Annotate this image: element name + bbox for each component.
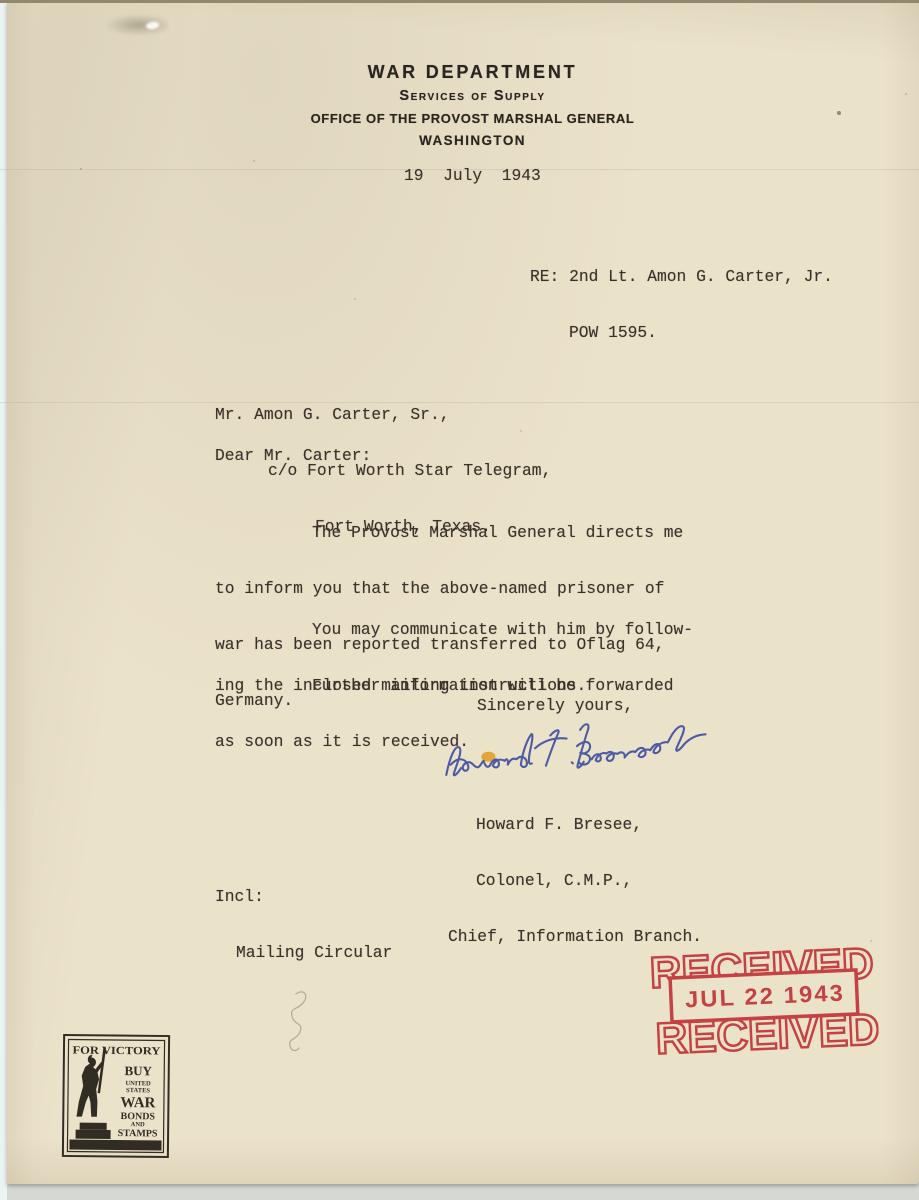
signer-rank: Colonel, C.M.P.,: [476, 872, 702, 891]
letterhead-service: Services of Supply: [13, 88, 919, 104]
slogan-line: WAR: [120, 1095, 155, 1111]
paper-specks: [0, 0, 2, 2]
reference-subject-line: RE: 2nd Lt. Amon G. Carter, Jr.: [530, 268, 833, 287]
enclosure-item: Mailing Circular: [236, 944, 392, 963]
stamp-bottom-bar: [69, 1140, 161, 1151]
slogan-line: STATES: [126, 1087, 150, 1094]
statue-figure: [76, 1055, 99, 1117]
statue-base: [76, 1130, 111, 1139]
minuteman-statue-icon: [76, 1047, 112, 1139]
body-line: The Provost Marshal General directs me: [312, 524, 683, 543]
pencil-squiggle: [290, 992, 306, 1051]
letter-content: WAR DEPARTMENT Services of Supply OFFICE…: [0, 0, 919, 1200]
letterhead-department: WAR DEPARTMENT: [13, 62, 919, 83]
statue-pedestal: [80, 1123, 107, 1130]
letterhead-city: WASHINGTON: [13, 133, 919, 148]
stamp-header: FOR VICTORY: [72, 1045, 160, 1058]
handwritten-signature: Howard F. Bresee: [436, 705, 719, 790]
reference-block: RE: 2nd Lt. Amon G. Carter, Jr. POW 1595…: [530, 231, 833, 380]
scanned-letter: WAR DEPARTMENT Services of Supply OFFICE…: [0, 0, 919, 1200]
slogan-line: STAMPS: [118, 1128, 158, 1139]
body-line: You may communicate with him by follow-: [312, 621, 693, 640]
enclosure-label: Incl:: [215, 888, 392, 907]
salutation: Dear Mr. Carter:: [215, 447, 371, 466]
signer-title: Chief, Information Branch.: [448, 928, 702, 947]
slogan-line: BUY: [124, 1063, 152, 1078]
war-bonds-stamp: FOR VICTORY BUY UNITED STATES WAR BONDS …: [60, 1032, 171, 1159]
body-line: Further information will be forwarded: [312, 677, 674, 696]
letter-date: 19 July 1943: [404, 167, 541, 186]
pencil-mark: [272, 988, 316, 1060]
reference-pow-number: POW 1595.: [569, 324, 833, 343]
signature-stroke: [444, 718, 707, 776]
enclosure-block: Incl: Mailing Circular: [215, 851, 392, 1000]
recipient-name: Mr. Amon G. Carter, Sr.,: [215, 406, 551, 425]
stamp-slogan: BUY UNITED STATES WAR BONDS AND STAMPS: [118, 1063, 159, 1139]
signer-name: Howard F. Bresee,: [476, 816, 702, 835]
received-stamp: RECEIVED RECEIVED JUL 22 1943: [647, 936, 880, 1058]
smudge-mark: [104, 14, 168, 36]
letterhead-office: OFFICE OF THE PROVOST MARSHAL GENERAL: [13, 111, 919, 126]
